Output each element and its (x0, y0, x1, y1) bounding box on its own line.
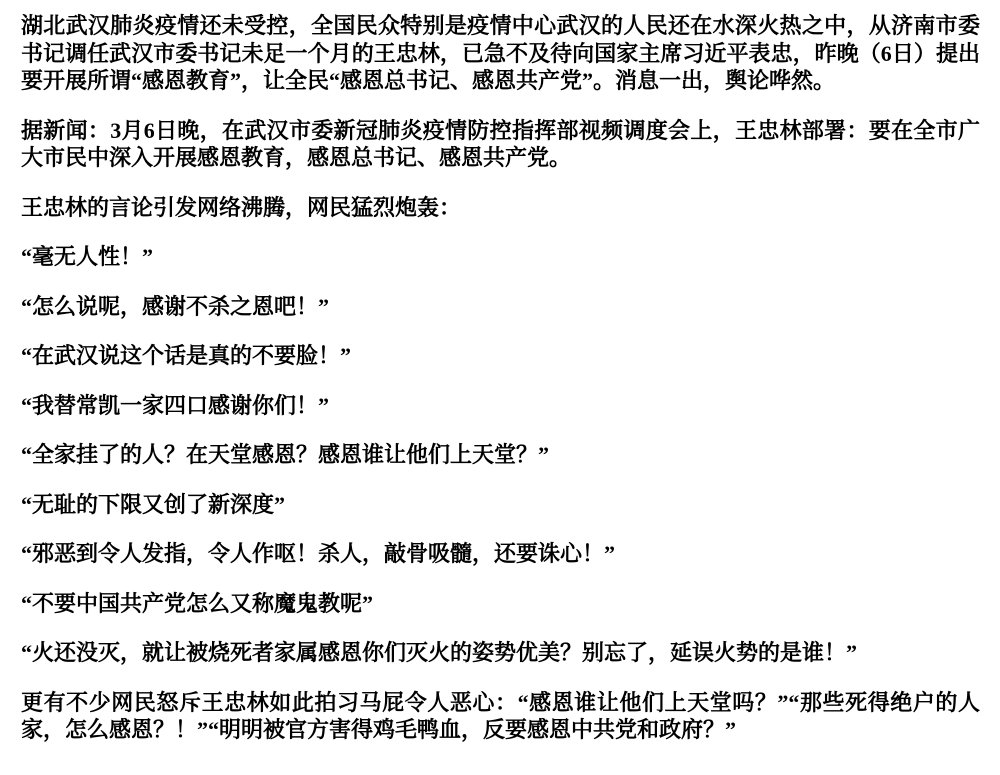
netizen-quote-6: “无耻的下限又创了新深度” (21, 491, 980, 519)
netizen-quote-8: “不要中国共产党怎么又称魔鬼教呢” (21, 590, 980, 618)
article-paragraph-news: 据新闻：3月6日晚，在武汉市委新冠肺炎疫情防控指挥部视频调度会上，王忠林部署：要… (21, 117, 980, 172)
netizen-quote-2: “怎么说呢，感谢不杀之恩吧！” (21, 293, 980, 321)
article-body: 湖北武汉肺炎疫情还未受控，全国民众特别是疫情中心武汉的人民还在水深火热之中，从济… (0, 0, 1000, 744)
netizen-quote-5: “全家挂了的人？在天堂感恩？感恩谁让他们上天堂？” (21, 441, 980, 469)
netizen-quote-3: “在武汉说这个话是真的不要脸！” (21, 342, 980, 370)
netizen-quote-1: “毫无人性！” (21, 243, 980, 271)
netizen-quote-7: “邪恶到令人发指，令人作呕！杀人，敲骨吸髓，还要诛心！” (21, 540, 980, 568)
article-paragraph-netizen-intro: 王忠林的言论引发网络沸腾，网民猛烈炮轰： (21, 194, 980, 222)
netizen-quote-9: “火还没灭，就让被烧死者家属感恩你们灭火的姿势优美？别忘了，延误火势的是谁！” (21, 639, 980, 667)
article-paragraph-lead: 湖北武汉肺炎疫情还未受控，全国民众特别是疫情中心武汉的人民还在水深火热之中，从济… (21, 12, 980, 95)
netizen-quote-4: “我替常凯一家四口感谢你们！” (21, 392, 980, 420)
article-paragraph-closing: 更有不少网民怒斥王忠林如此拍习马屁令人恶心：“感恩谁让他们上天堂吗？”“那些死得… (21, 689, 980, 744)
